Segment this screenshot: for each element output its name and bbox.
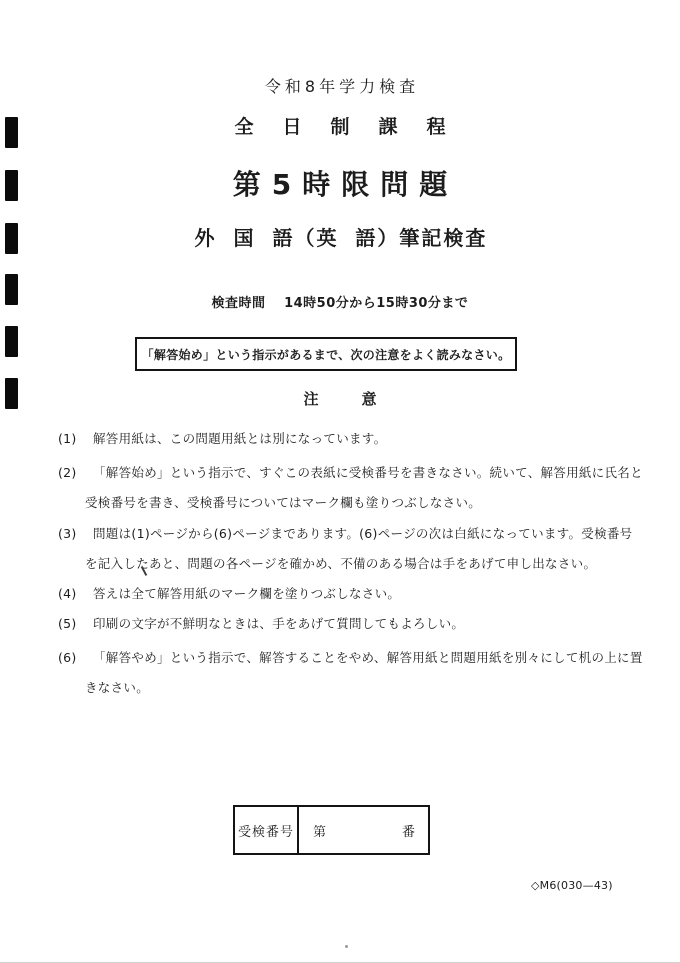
- notice-heading: 注意: [0, 388, 680, 409]
- exam-number-field: 第 番: [299, 807, 428, 853]
- exam-number-prefix: 第: [313, 821, 326, 840]
- exam-number-box: 受検番号 第 番: [233, 805, 430, 855]
- instruction-number: (4): [58, 579, 77, 609]
- notice-box-text: 「解答始め」という指示があるまで、次の注意をよく読みなさい。: [142, 346, 511, 363]
- instruction-number: (2): [58, 458, 77, 488]
- instruction-item-3: (3) 問題は(1)ページから(6)ページまであります。(6)ページの次は白紙に…: [58, 519, 648, 579]
- exam-cover-page: 令和8年学力検査 全日制課程 第5時限問題 外 国 語（英 語）筆記検査 検査時…: [0, 0, 680, 963]
- exam-year-line: 令和8年学力検査: [0, 74, 680, 97]
- notice-box: 「解答始め」という指示があるまで、次の注意をよく読みなさい。: [135, 337, 517, 371]
- instruction-number: (6): [58, 643, 77, 673]
- exam-time-line: 検査時間 14時50分から15時30分まで: [0, 292, 680, 311]
- instruction-text: 問題は(1)ページから(6)ページまであります。(6)ページの次は白紙になってい…: [85, 519, 648, 549]
- instruction-text: 受検番号を書き、受検番号についてはマーク欄も塗りつぶしなさい。: [85, 488, 648, 518]
- course-line: 全日制課程: [0, 112, 680, 139]
- instruction-item-5: (5) 印刷の文字が不鮮明なときは、手をあげて質問してもよろしい。: [58, 609, 648, 639]
- footer-print-code: ◇M6(030—43): [531, 879, 613, 892]
- instruction-text: 答えは全て解答用紙のマーク欄を塗りつぶしなさい。: [85, 579, 648, 609]
- instruction-text: 「解答やめ」という指示で、解答することをやめ、解答用紙と問題用紙を別々にして机の…: [85, 643, 648, 673]
- instruction-item-2: (2) 「解答始め」という指示で、すぐこの表紙に受検番号を書きなさい。続いて、解…: [58, 458, 648, 518]
- exam-number-suffix: 番: [402, 821, 415, 840]
- exam-number-label: 受検番号: [235, 807, 299, 853]
- instructions-list: (1) 解答用紙は、この問題用紙とは別になっています。 (2) 「解答始め」とい…: [58, 424, 648, 703]
- instruction-item-6: (6) 「解答やめ」という指示で、解答することをやめ、解答用紙と問題用紙を別々に…: [58, 643, 648, 703]
- instruction-number: (5): [58, 609, 77, 639]
- instruction-item-4: (4) 答えは全て解答用紙のマーク欄を塗りつぶしなさい。: [58, 579, 648, 609]
- instruction-number: (1): [58, 424, 77, 454]
- instruction-number: (3): [58, 519, 77, 549]
- instruction-text: を記入したあと、問題の各ページを確かめ、不備のある場合は手をあげて申し出なさい。: [85, 549, 648, 579]
- instruction-text: 「解答始め」という指示で、すぐこの表紙に受検番号を書きなさい。続いて、解答用紙に…: [85, 458, 648, 488]
- binding-mark: [5, 326, 18, 357]
- instruction-text: 解答用紙は、この問題用紙とは別になっています。: [85, 424, 648, 454]
- instruction-text: 印刷の文字が不鮮明なときは、手をあげて質問してもよろしい。: [85, 609, 648, 639]
- subject-line: 外 国 語（英 語）筆記検査: [0, 222, 680, 251]
- scan-speck: [345, 945, 348, 948]
- instruction-text: きなさい。: [85, 673, 648, 703]
- period-title: 第5時限問題: [0, 163, 680, 203]
- instruction-item-1: (1) 解答用紙は、この問題用紙とは別になっています。: [58, 424, 648, 454]
